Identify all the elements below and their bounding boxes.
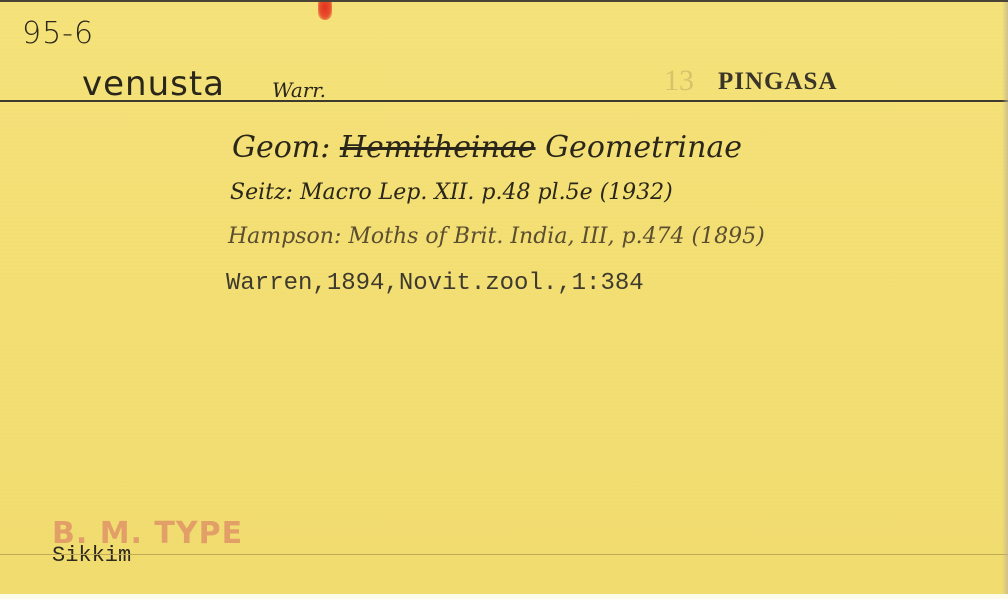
faint-show-through: 13 — [664, 64, 694, 98]
index-card: 95-6 venusta Warr. 13 PINGASA Geom: Hemi… — [0, 0, 1008, 594]
seitz-reference: Seitz: Macro Lep. XII. p.48 pl.5e (1932) — [230, 180, 673, 205]
accession-number: 95-6 — [22, 16, 94, 51]
genus-name: PINGASA — [718, 68, 838, 96]
author-abbrev: Warr. — [272, 78, 326, 102]
current-subfamily: Geometrinae — [545, 130, 742, 165]
card-edge-shadow — [1002, 2, 1008, 594]
red-tab-mark — [318, 2, 332, 20]
footer-rule — [0, 554, 1008, 555]
struck-subfamily: Hemitheinae — [340, 130, 536, 165]
family-prefix: Geom: — [232, 130, 330, 165]
header-rule — [0, 100, 1008, 102]
locality: Sikkim — [52, 543, 131, 568]
original-citation: Warren,1894,Novit.zool.,1:384 — [226, 270, 644, 297]
family-line: Geom: Hemitheinae Geometrinae — [232, 130, 742, 165]
hampson-reference: Hampson: Moths of Brit. India, III, p.47… — [228, 224, 765, 249]
species-name: venusta — [82, 64, 225, 104]
scan-margin — [0, 594, 1008, 599]
